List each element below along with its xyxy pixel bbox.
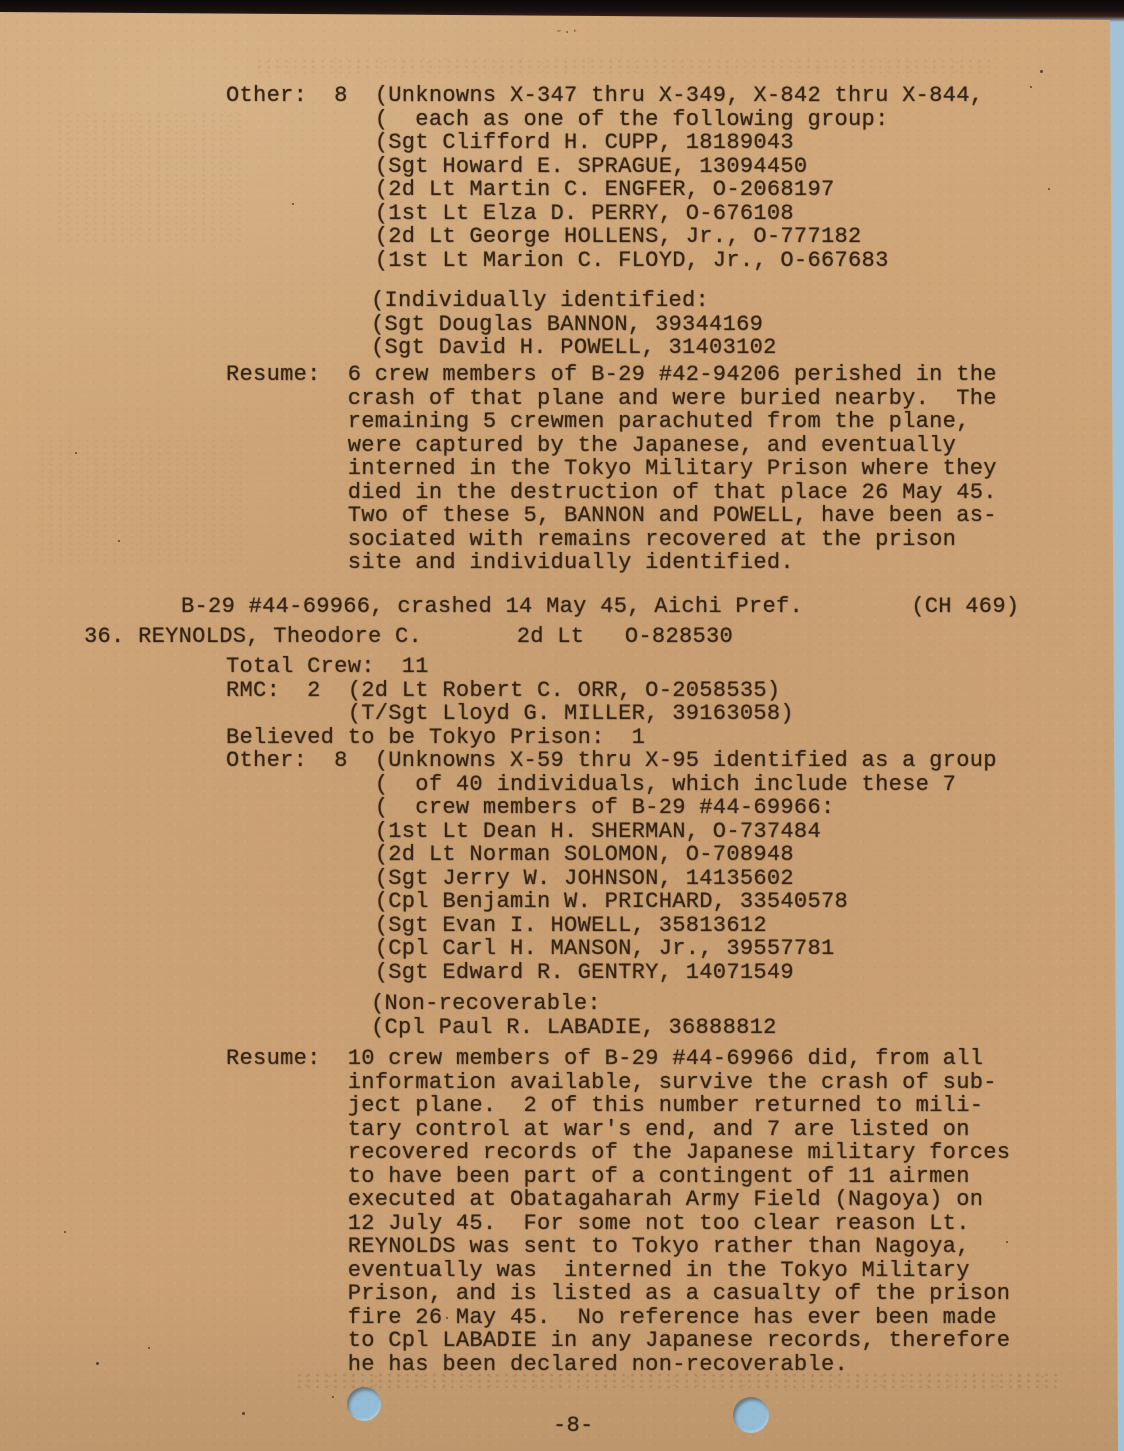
page-number: -8- — [553, 1414, 594, 1438]
ink-speck — [1048, 188, 1050, 190]
ink-speck — [292, 203, 294, 205]
ink-speck — [1006, 1241, 1008, 1243]
entry36-resume-block: Resume: 10 crew members of B-29 #44-6996… — [226, 1047, 1010, 1376]
ink-speck — [446, 1317, 448, 1319]
entry36-nonrecoverable-block: (Non-recoverable: (Cpl Paul R. LABADIE, … — [371, 992, 777, 1039]
entry36-crew-detail-block: Total Crew: 11 RMC: 2 (2d Lt Robert C. O… — [226, 655, 997, 984]
ink-speck — [332, 1396, 334, 1398]
ink-speck — [1030, 86, 1032, 88]
entry35-resume-block: Resume: 6 crew members of B-29 #42-94206… — [226, 363, 997, 575]
entry35-individually-identified-block: (Individually identified: (Sgt Douglas B… — [371, 289, 777, 360]
entry36-name-line: 36. REYNOLDS, Theodore C. 2d Lt O-828530 — [84, 625, 733, 649]
punch-hole-left — [347, 1387, 381, 1421]
ink-speck — [148, 1347, 150, 1349]
ink-speck — [1040, 70, 1043, 73]
entry36-plane-header-line: B-29 #44-69966, crashed 14 May 45, Aichi… — [181, 595, 1019, 619]
paper-sheet: -.. Other: 8 (Unknowns X-347 thru X-349,… — [0, 0, 1124, 1451]
smudge-band — [255, 58, 995, 73]
entry35-other-group-block: Other: 8 (Unknowns X-347 thru X-349, X-8… — [226, 84, 983, 272]
ink-speck — [75, 452, 77, 454]
ink-speck — [242, 1412, 245, 1415]
document-scan: -.. Other: 8 (Unknowns X-347 thru X-349,… — [0, 0, 1124, 1451]
smudge-patch — [55, 112, 245, 242]
smudge-patch — [38, 438, 248, 563]
punch-hole-right — [733, 1397, 769, 1433]
ink-speck — [118, 540, 120, 542]
ink-speck — [96, 1362, 99, 1365]
ink-speck — [64, 1231, 66, 1233]
stray-mark: -.. — [554, 20, 580, 39]
